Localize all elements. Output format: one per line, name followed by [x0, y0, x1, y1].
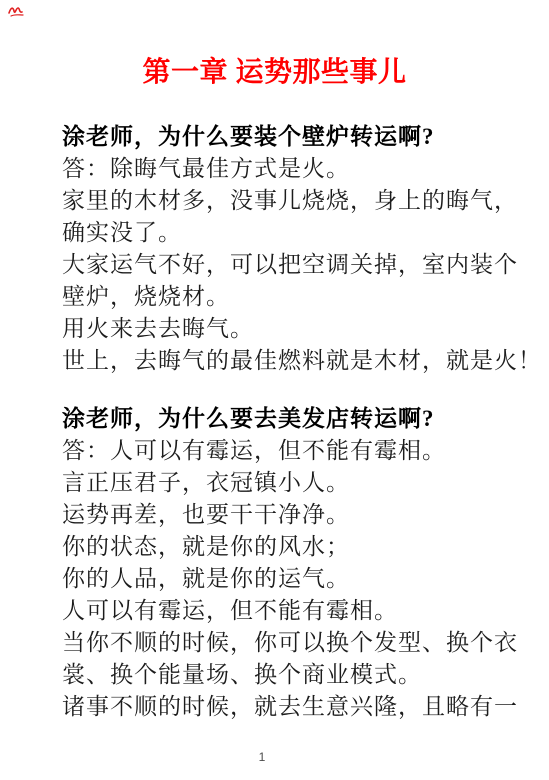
document-page: 第一章 运势那些事儿 涂老师，为什么要装个壁炉转运啊? 答：除晦气最佳方式是火。… — [0, 0, 549, 780]
chapter-title: 第一章 运势那些事儿 — [0, 50, 549, 90]
body-line: 世上，去晦气的最佳燃料就是木材，就是火！ — [62, 345, 498, 377]
body-line: 答：人可以有霉运，但不能有霉相。 — [62, 435, 498, 467]
question-heading: 涂老师，为什么要装个壁炉转运啊? — [62, 121, 498, 153]
red-scribble-icon — [7, 4, 25, 18]
qa-section-fireplace: 涂老师，为什么要装个壁炉转运啊? 答：除晦气最佳方式是火。 家里的木材多，没事儿… — [62, 121, 498, 377]
body-line: 言正压君子，衣冠镇小人。 — [62, 467, 498, 499]
body-line: 家里的木材多，没事儿烧烧，身上的晦气， — [62, 185, 498, 217]
body-line: 人可以有霉运，但不能有霉相。 — [62, 595, 498, 627]
body-line: 诸事不顺的时候，就去生意兴隆，且略有一 — [62, 691, 498, 723]
body-line: 你的状态，就是你的风水； — [62, 531, 498, 563]
body-line: 运势再差，也要干干净净。 — [62, 499, 498, 531]
qa-section-hairdresser: 涂老师，为什么要去美发店转运啊? 答：人可以有霉运，但不能有霉相。 言正压君子，… — [62, 403, 498, 723]
body-line: 当你不顺的时候，你可以换个发型、换个衣 — [62, 627, 498, 659]
body-line: 大家运气不好，可以把空调关掉，室内装个 — [62, 249, 498, 281]
body-line: 壁炉，烧烧材。 — [62, 281, 498, 313]
body-line: 你的人品，就是你的运气。 — [62, 563, 498, 595]
body-line: 裳、换个能量场、换个商业模式。 — [62, 659, 498, 691]
question-heading: 涂老师，为什么要去美发店转运啊? — [62, 403, 498, 435]
body-line: 答：除晦气最佳方式是火。 — [62, 153, 498, 185]
body-line: 确实没了。 — [62, 217, 498, 249]
body-line: 用火来去去晦气。 — [62, 313, 498, 345]
page-number: 1 — [252, 750, 272, 764]
